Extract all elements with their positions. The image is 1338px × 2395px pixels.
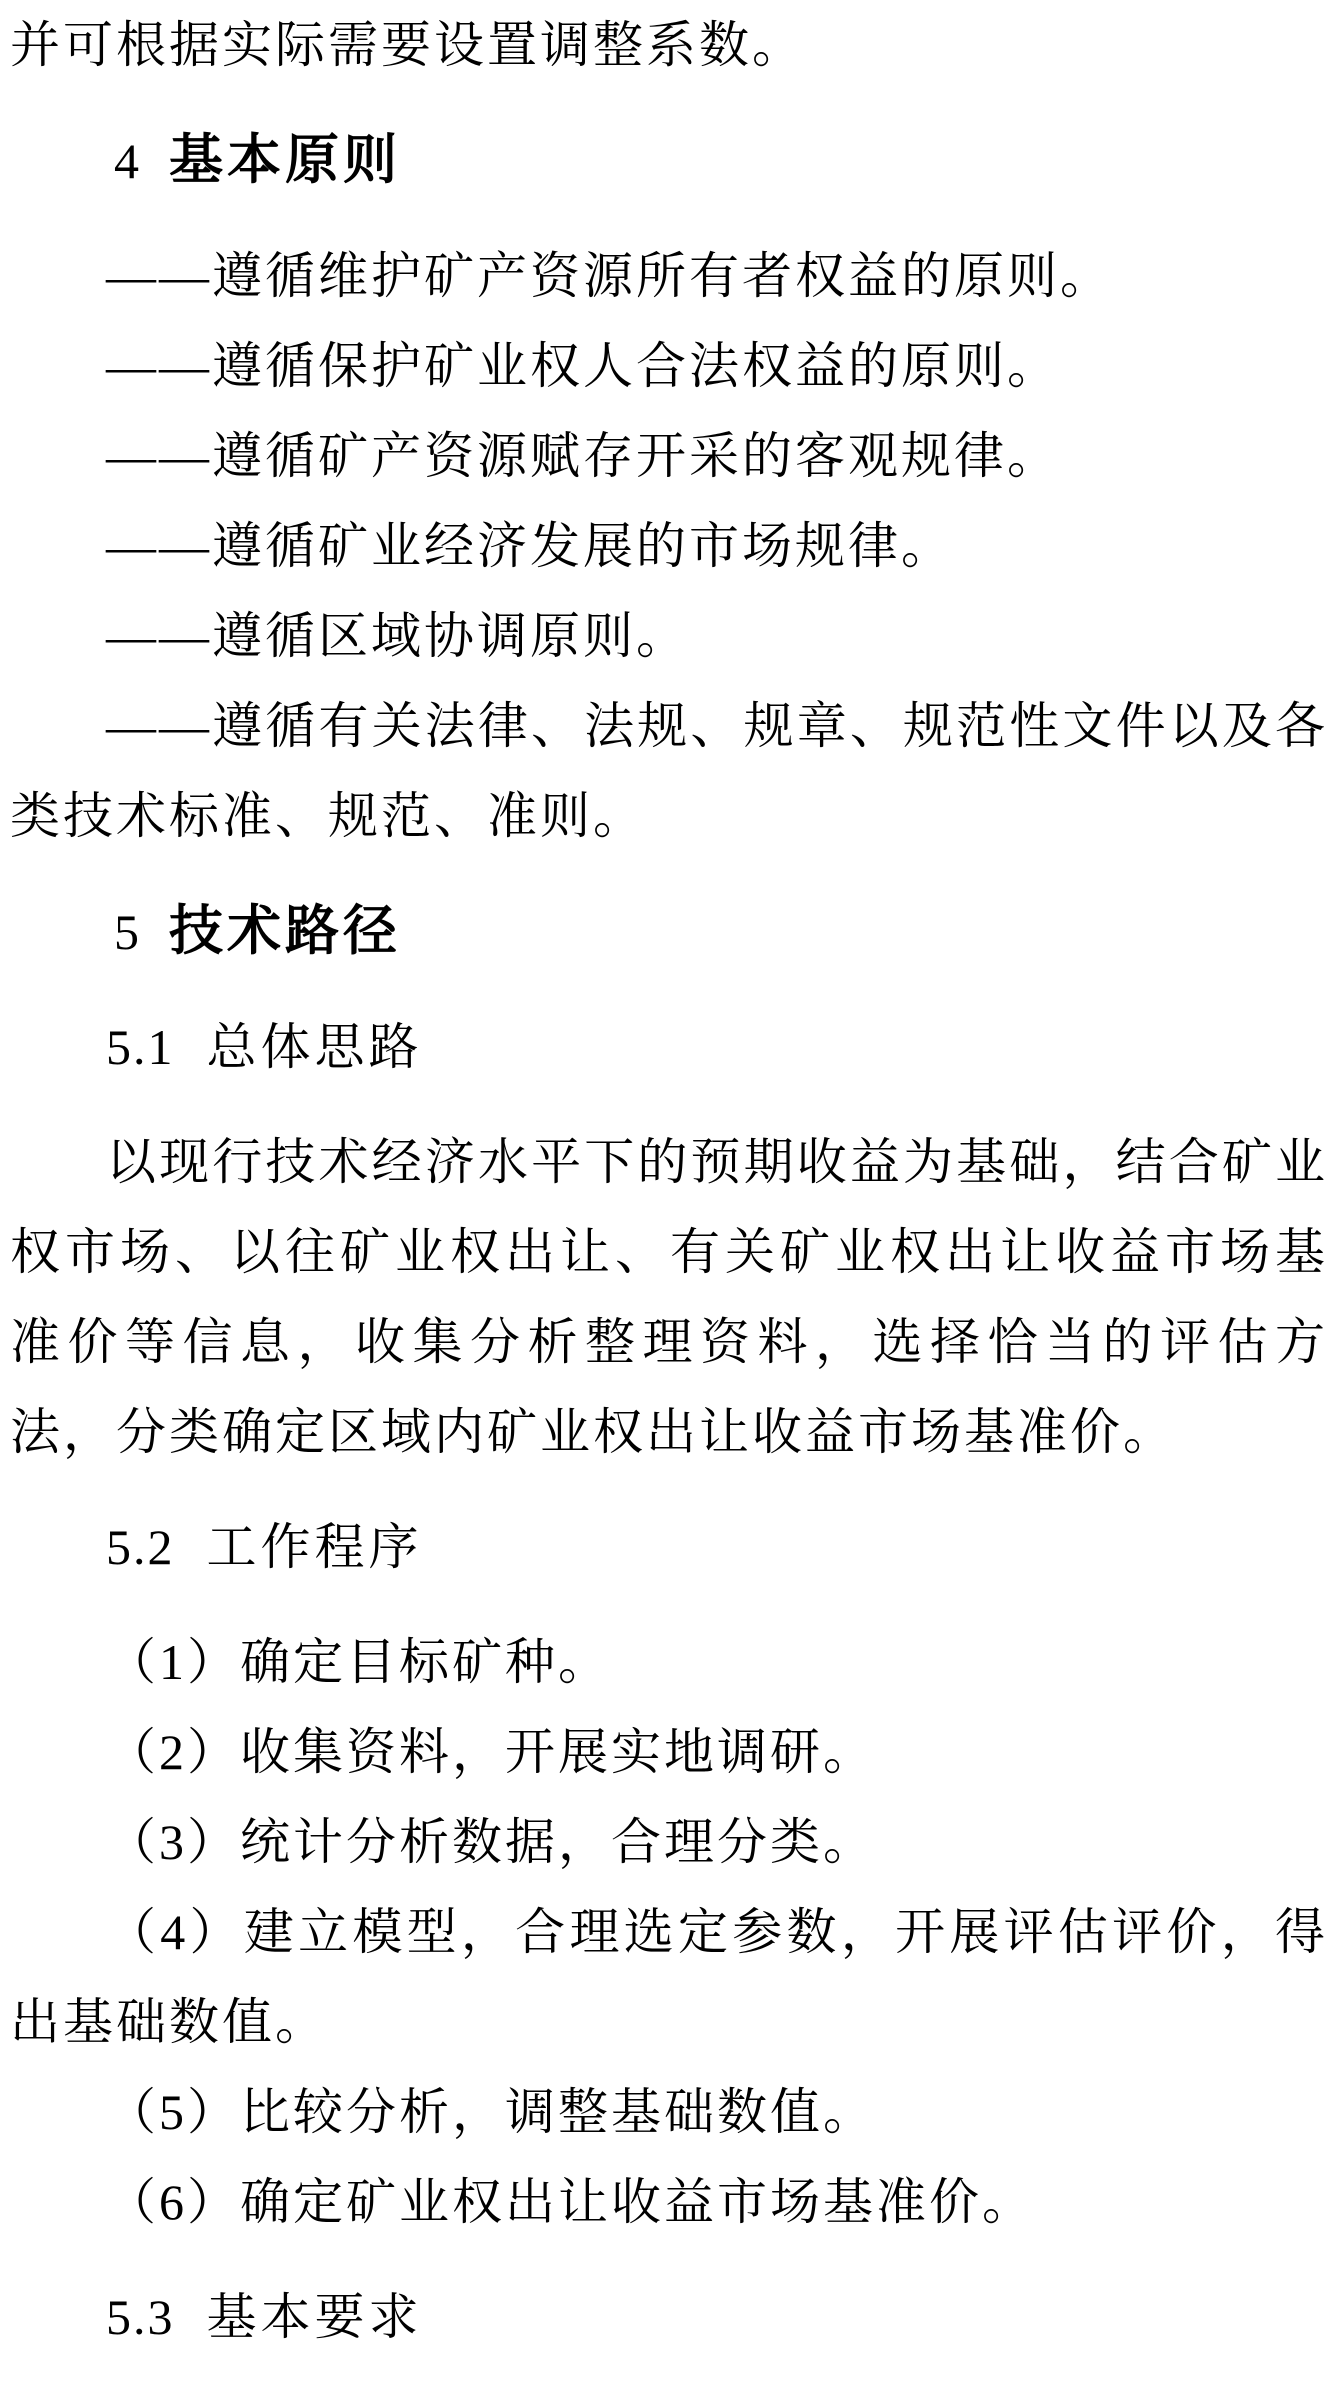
- subsection-heading-5-1: 5.1总体思路: [10, 1002, 1328, 1092]
- subsection-heading-5-2: 5.2工作程序: [10, 1502, 1328, 1592]
- subsection-number: 5.1: [106, 1019, 175, 1075]
- subsection-title: 工作程序: [207, 1519, 423, 1575]
- document-page: 并可根据实际需要设置调整系数。 4基本原则 ——遵循维护矿产资源所有者权益的原则…: [0, 0, 1338, 2395]
- section-title: 技术路径: [169, 901, 401, 961]
- principle-item: ——遵循矿业经济发展的市场规律。: [10, 501, 1328, 591]
- procedure-step: （5）比较分析，调整基础数值。: [10, 2067, 1328, 2157]
- principle-item: ——遵循矿产资源赋存开采的客观规律。: [10, 411, 1328, 501]
- principle-item: ——遵循有关法律、法规、规章、规范性文件以及各类技术标准、规范、准则。: [10, 681, 1328, 861]
- principle-item: ——遵循维护矿产资源所有者权益的原则。: [10, 231, 1328, 321]
- procedure-step: （6）确定矿业权出让收益市场基准价。: [10, 2157, 1328, 2247]
- procedure-step: （1）确定目标矿种。: [10, 1617, 1328, 1707]
- procedure-step: （4）建立模型，合理选定参数，开展评估评价，得出基础数值。: [10, 1887, 1328, 2067]
- body-paragraph: 以现行技术经济水平下的预期收益为基础，结合矿业权市场、以往矿业权出让、有关矿业权…: [10, 1117, 1328, 1477]
- principle-item: ——遵循保护矿业权人合法权益的原则。: [10, 321, 1328, 411]
- subsection-heading-5-3: 5.3基本要求: [10, 2272, 1328, 2362]
- subsection-title: 总体思路: [207, 1019, 423, 1075]
- subsection-number: 5.2: [106, 1519, 175, 1575]
- paragraph-continuation: 并可根据实际需要设置调整系数。: [10, 0, 1328, 90]
- section-number: 5: [114, 904, 139, 960]
- procedure-step: （2）收集资料，开展实地调研。: [10, 1707, 1328, 1797]
- subsection-number: 5.3: [106, 2289, 175, 2345]
- section-heading-4: 4基本原则: [10, 115, 1328, 206]
- section-title: 基本原则: [169, 130, 401, 190]
- section-heading-5: 5技术路径: [10, 886, 1328, 977]
- principle-item: ——遵循区域协调原则。: [10, 591, 1328, 681]
- subsection-title: 基本要求: [207, 2289, 423, 2345]
- procedure-step: （3）统计分析数据，合理分类。: [10, 1797, 1328, 1887]
- section-number: 4: [114, 133, 139, 189]
